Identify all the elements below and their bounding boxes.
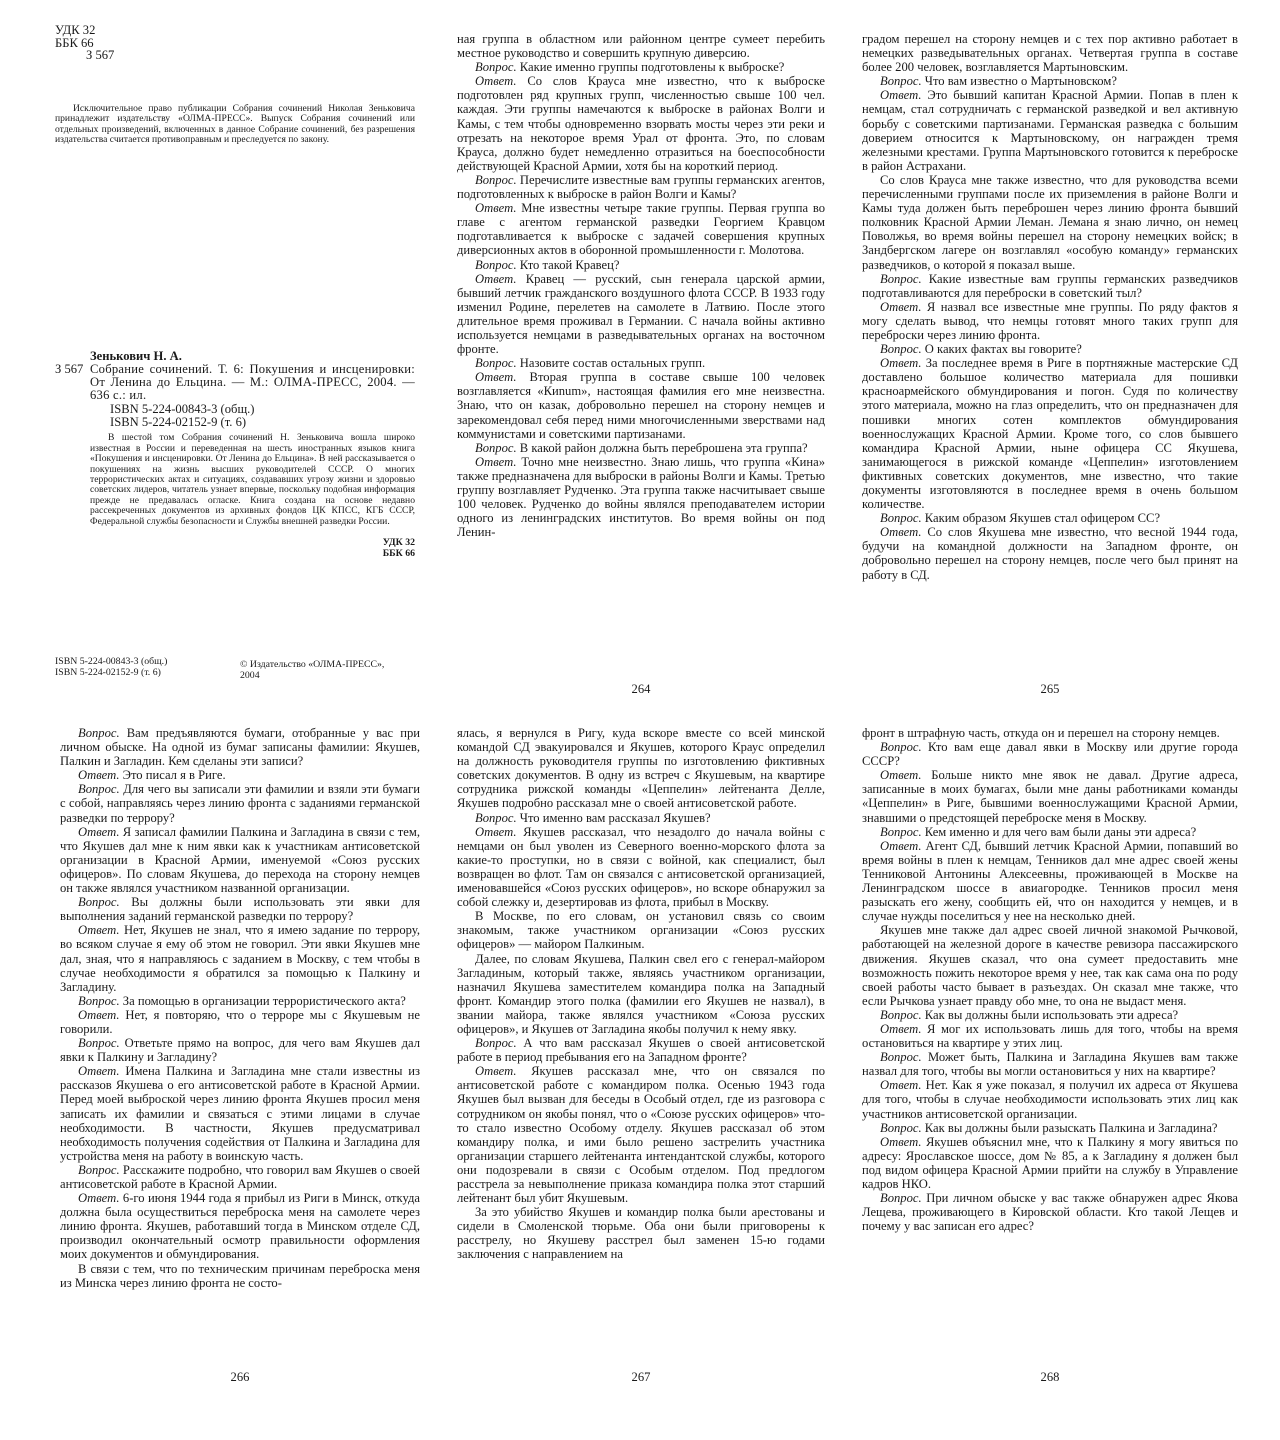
bibliographic-record: Зенькович Н. А. З 567 Собрание сочинений…: [55, 350, 415, 559]
answer-label: Ответ.: [78, 1064, 119, 1078]
answer-label: Ответ.: [880, 839, 921, 853]
paragraph-text: В связи с тем, что по техническим причин…: [60, 1262, 420, 1290]
question-label: Вопрос.: [78, 1036, 120, 1050]
question-label: Вопрос.: [880, 272, 922, 286]
question-label: Вопрос.: [475, 1036, 517, 1050]
udk-code-right: УДК 32: [55, 537, 415, 548]
classification-codes: УДК 32 ББК 66 З 567: [55, 24, 415, 62]
paragraph-text: Со слов Крауса мне также известно, что д…: [862, 173, 1238, 272]
question-paragraph: Вопрос. Ответьте прямо на вопрос, для че…: [60, 1036, 420, 1064]
answer-paragraph: Ответ. Больше никто мне явок не давал. Д…: [862, 768, 1238, 824]
paragraph-text: Что вам известно о Мартыновском?: [925, 74, 1117, 88]
answer-paragraph: Ответ. Имена Палкина и Загладина мне ста…: [60, 1064, 420, 1163]
answer-paragraph: Ответ. Мне известны четыре такие группы.…: [457, 201, 825, 257]
question-paragraph: Вопрос. Может быть, Палкина и Загладина …: [862, 1050, 1238, 1078]
answer-label: Ответ.: [78, 1191, 119, 1205]
question-paragraph: Вопрос. При личном обыске у вас также об…: [862, 1191, 1238, 1233]
paragraph-text: О каких фактах вы говорите?: [925, 342, 1082, 356]
question-label: Вопрос.: [475, 173, 517, 187]
answer-paragraph: Ответ. Вторая группа в составе свыше 100…: [457, 370, 825, 440]
udk-code: УДК 32: [55, 24, 415, 37]
question-label: Вопрос.: [880, 825, 922, 839]
answer-paragraph: Ответ. Агент СД, бывший летчик Красной А…: [862, 839, 1238, 924]
page-number: 267: [457, 1370, 825, 1384]
rights-notice-text: Исключительное право публикации Собрания…: [55, 104, 415, 146]
paragraph-text: Что именно вам рассказал Якушев?: [520, 811, 711, 825]
answer-label: Ответ.: [880, 356, 921, 370]
answer-label: Ответ.: [880, 768, 921, 782]
question-paragraph: Вопрос. Что вам известно о Мартыновском?: [862, 74, 1238, 88]
answer-label: Ответ.: [475, 1064, 516, 1078]
bib-call-number: З 567: [55, 363, 90, 401]
answer-label: Ответ.: [78, 923, 119, 937]
copyright-line-2: 2004: [240, 671, 384, 682]
question-label: Вопрос.: [880, 1008, 922, 1022]
footer-isbn-general: ISBN 5-224-00843-3 (общ.): [55, 657, 167, 668]
text-paragraph: градом перешел на сторону немцев и с тех…: [862, 32, 1238, 74]
answer-paragraph: Ответ. Нет, я повторяю, что о терроре мы…: [60, 1008, 420, 1036]
question-label: Вопрос.: [880, 511, 922, 525]
bib-entry: З 567 Собрание сочинений. Т. 6: Покушени…: [55, 363, 415, 401]
question-label: Вопрос.: [78, 726, 120, 740]
text-paragraph: Якушев мне также дал адрес своей личной …: [862, 923, 1238, 1008]
bbk-code-right: ББК 66: [55, 548, 415, 559]
text-paragraph: фронт в штрафную часть, откуда он и пере…: [862, 726, 1238, 740]
question-label: Вопрос.: [880, 342, 922, 356]
paragraph-text: Кто такой Кравец?: [520, 258, 620, 272]
question-paragraph: Вопрос. Перечислите известные вам группы…: [457, 173, 825, 201]
answer-label: Ответ.: [880, 300, 921, 314]
question-paragraph: Вопрос. Какие именно группы подготовлены…: [457, 60, 825, 74]
answer-paragraph: Ответ. Я мог их использовать лишь для то…: [862, 1022, 1238, 1050]
text-paragraph: За это убийство Якушев и командир полка …: [457, 1205, 825, 1261]
page-number: 265: [862, 682, 1238, 696]
paragraph-text: Якушев мне также дал адрес своей личной …: [862, 923, 1238, 1007]
question-label: Вопрос.: [78, 1163, 120, 1177]
text-paragraph: ялась, я вернулся в Ригу, куда вскоре вм…: [457, 726, 825, 811]
question-label: Вопрос.: [78, 895, 120, 909]
question-paragraph: Вопрос. Как вы должны были разыскать Пал…: [862, 1121, 1238, 1135]
imprint-page: УДК 32 ББК 66 З 567 Исключительное право…: [55, 24, 415, 684]
paragraph-text: Имена Палкина и Загладина мне стали изве…: [60, 1064, 420, 1163]
copyright-notice: © Издательство «ОЛМА-ПРЕСС», 2004: [240, 660, 384, 681]
answer-label: Ответ.: [78, 768, 119, 782]
question-paragraph: Вопрос. Какие известные вам группы герма…: [862, 272, 1238, 300]
answer-paragraph: Ответ. За последнее время в Риге в портн…: [862, 356, 1238, 511]
paragraph-text: Какие именно группы подготовлены к выбро…: [520, 60, 785, 74]
paragraph-text: Кем именно и для чего вам были даны эти …: [925, 825, 1196, 839]
question-paragraph: Вопрос. За помощью в организации террори…: [60, 994, 420, 1008]
book-page-266: Вопрос. Вам предъявляются бумаги, отобра…: [60, 726, 420, 1376]
text-paragraph: ная группа в областном или районном цент…: [457, 32, 825, 60]
answer-paragraph: Ответ. Со слов Якушева мне известно, что…: [862, 525, 1238, 581]
question-paragraph: Вопрос. А что вам рассказал Якушев о сво…: [457, 1036, 825, 1064]
question-paragraph: Вопрос. Кто такой Кравец?: [457, 258, 825, 272]
question-label: Вопрос.: [880, 74, 922, 88]
paragraph-text: Со слов Крауса мне известно, что к выбро…: [457, 74, 825, 173]
paragraph-text: фронт в штрафную часть, откуда он и пере…: [862, 726, 1220, 740]
answer-label: Ответ.: [880, 1078, 921, 1092]
annotation-text: В шестой том Собрания сочинений Н. Зеньк…: [90, 433, 415, 527]
question-paragraph: Вопрос. Вы должны были использовать эти …: [60, 895, 420, 923]
question-label: Вопрос.: [880, 1050, 922, 1064]
answer-paragraph: Ответ. Это бывший капитан Красной Армии.…: [862, 88, 1238, 173]
answer-label: Ответ.: [880, 525, 921, 539]
copyright-line-1: © Издательство «ОЛМА-ПРЕСС»,: [240, 660, 384, 671]
paragraph-text: В Москве, по его словам, он установил св…: [457, 909, 825, 951]
text-paragraph: Далее, по словам Якушева, Палкин свел ег…: [457, 952, 825, 1037]
paragraph-text: ная группа в областном или районном цент…: [457, 32, 825, 60]
answer-label: Ответ.: [475, 74, 516, 88]
rights-notice: Исключительное право публикации Собрания…: [55, 104, 415, 146]
answer-paragraph: Ответ. Я назвал все известные мне группы…: [862, 300, 1238, 342]
page-body: фронт в штрафную часть, откуда он и пере…: [862, 726, 1238, 1233]
page-number: 268: [862, 1370, 1238, 1384]
question-paragraph: Вопрос. Что именно вам рассказал Якушев?: [457, 811, 825, 825]
book-page-268: фронт в штрафную часть, откуда он и пере…: [862, 726, 1238, 1376]
paragraph-text: В какой район должна быть переброшена эт…: [520, 441, 808, 455]
footer-isbn: ISBN 5-224-00843-3 (общ.) ISBN 5-224-021…: [55, 657, 167, 678]
page-body: градом перешел на сторону немцев и с тех…: [862, 32, 1238, 582]
question-paragraph: Вопрос. Каким образом Якушев стал офицер…: [862, 511, 1238, 525]
answer-paragraph: Ответ. Кравец — русский, сын генерала ца…: [457, 272, 825, 357]
text-paragraph: Со слов Крауса мне также известно, что д…: [862, 173, 1238, 272]
question-label: Вопрос.: [475, 60, 517, 74]
question-label: Вопрос.: [78, 782, 120, 796]
page-body: ная группа в областном или районном цент…: [457, 32, 825, 539]
question-label: Вопрос.: [78, 994, 120, 1008]
answer-paragraph: Ответ. Якушев объяснил мне, что к Палкин…: [862, 1135, 1238, 1191]
answer-label: Ответ.: [475, 272, 516, 286]
classification-codes-right: УДК 32 ББК 66: [55, 537, 415, 559]
paragraph-text: За это убийство Якушев и командир полка …: [457, 1205, 825, 1261]
page-number: 266: [60, 1370, 420, 1384]
call-number: З 567: [55, 49, 415, 62]
answer-label: Ответ.: [78, 1008, 119, 1022]
question-paragraph: Вопрос. Кто вам еще давал явки в Москву …: [862, 740, 1238, 768]
question-paragraph: Вопрос. Как вы должны были использовать …: [862, 1008, 1238, 1022]
answer-label: Ответ.: [475, 825, 516, 839]
book-page-264: ная группа в областном или районном цент…: [457, 32, 825, 682]
paragraph-text: Каким образом Якушев стал офицером СС?: [925, 511, 1160, 525]
paragraph-text: Как вы должны были использовать эти адре…: [925, 1008, 1178, 1022]
answer-label: Ответ.: [880, 88, 921, 102]
answer-label: Ответ.: [880, 1022, 921, 1036]
paragraph-text: Назовите состав остальных групп.: [520, 356, 705, 370]
paragraph-text: За помощью в организации террористическо…: [123, 994, 406, 1008]
isbn-volume: ISBN 5-224-02152-9 (т. 6): [110, 416, 415, 429]
page-body: ялась, я вернулся в Ригу, куда вскоре вм…: [457, 726, 825, 1262]
answer-paragraph: Ответ. Это писал я в Риге.: [60, 768, 420, 782]
answer-paragraph: Ответ. Якушев рассказал, что незадолго д…: [457, 825, 825, 910]
paragraph-text: За последнее время в Риге в портняжные м…: [862, 356, 1238, 511]
answer-paragraph: Ответ. Нет. Как я уже показал, я получил…: [862, 1078, 1238, 1120]
answer-paragraph: Ответ. Я записал фамилии Палкина и Загла…: [60, 825, 420, 895]
answer-label: Ответ.: [475, 370, 516, 384]
answer-label: Ответ.: [475, 201, 516, 215]
paragraph-text: Это писал я в Риге.: [123, 768, 226, 782]
text-paragraph: В связи с тем, что по техническим причин…: [60, 1262, 420, 1290]
page-number: 264: [457, 682, 825, 696]
question-paragraph: Вопрос. Для чего вы записали эти фамилии…: [60, 782, 420, 824]
answer-label: Ответ.: [475, 455, 516, 469]
question-label: Вопрос.: [880, 740, 922, 754]
question-paragraph: Вопрос. Расскажите подробно, что говорил…: [60, 1163, 420, 1191]
question-label: Вопрос.: [475, 356, 517, 370]
paragraph-text: Далее, по словам Якушева, Палкин свел ег…: [457, 952, 825, 1036]
question-label: Вопрос.: [475, 441, 517, 455]
paragraph-text: Как вы должны были разыскать Палкина и З…: [925, 1121, 1218, 1135]
paragraph-text: Якушев рассказал мне, что он связался по…: [457, 1064, 825, 1205]
annotation: В шестой том Собрания сочинений Н. Зеньк…: [55, 433, 415, 527]
answer-paragraph: Ответ. 6-го июня 1944 года я прибыл из Р…: [60, 1191, 420, 1261]
answer-paragraph: Ответ. Нет, Якушев не знал, что я имею з…: [60, 923, 420, 993]
question-paragraph: Вопрос. Кем именно и для чего вам были д…: [862, 825, 1238, 839]
answer-label: Ответ.: [78, 825, 119, 839]
answer-label: Ответ.: [880, 1135, 921, 1149]
question-label: Вопрос.: [880, 1191, 922, 1205]
answer-paragraph: Ответ. Якушев рассказал мне, что он связ…: [457, 1064, 825, 1205]
paragraph-text: градом перешел на сторону немцев и с тех…: [862, 32, 1238, 74]
answer-paragraph: Ответ. Со слов Крауса мне известно, что …: [457, 74, 825, 173]
book-page-267: ялась, я вернулся в Ригу, куда вскоре вм…: [457, 726, 825, 1376]
paragraph-text: ялась, я вернулся в Ригу, куда вскоре вм…: [457, 726, 825, 810]
isbn-block: ISBN 5-224-00843-3 (общ.) ISBN 5-224-021…: [55, 403, 415, 429]
bib-description: Собрание сочинений. Т. 6: Покушения и ин…: [90, 363, 415, 401]
question-paragraph: Вопрос. Вам предъявляются бумаги, отобра…: [60, 726, 420, 768]
question-paragraph: Вопрос. О каких фактах вы говорите?: [862, 342, 1238, 356]
question-paragraph: Вопрос. Назовите состав остальных групп.: [457, 356, 825, 370]
text-paragraph: В Москве, по его словам, он установил св…: [457, 909, 825, 951]
page-body: Вопрос. Вам предъявляются бумаги, отобра…: [60, 726, 420, 1290]
book-page-265: градом перешел на сторону немцев и с тех…: [862, 32, 1238, 682]
question-paragraph: Вопрос. В какой район должна быть перебр…: [457, 441, 825, 455]
question-label: Вопрос.: [880, 1121, 922, 1135]
footer-isbn-volume: ISBN 5-224-02152-9 (т. 6): [55, 668, 167, 679]
answer-paragraph: Ответ. Точно мне неизвестно. Знаю лишь, …: [457, 455, 825, 540]
question-label: Вопрос.: [475, 258, 517, 272]
question-label: Вопрос.: [475, 811, 517, 825]
